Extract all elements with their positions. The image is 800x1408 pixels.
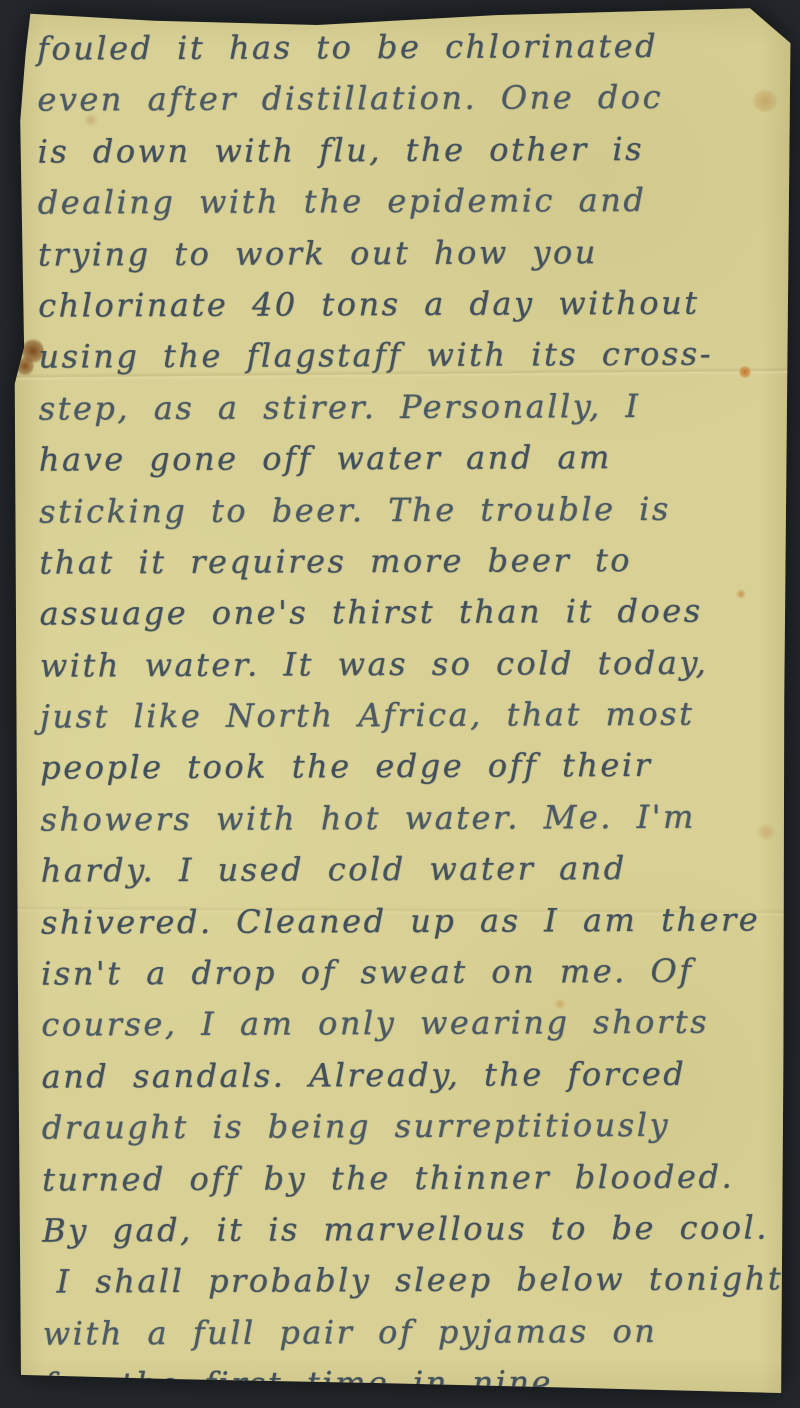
scan-background: fouled it has to be chlorinatedeven afte… bbox=[0, 0, 800, 1408]
letter-line: hardy. I used cold water and bbox=[41, 843, 767, 898]
letter-line: By gad, it is marvellous to be cool. bbox=[42, 1202, 768, 1257]
letter-line: just like North Africa, that most bbox=[40, 688, 766, 743]
letter-line: trying to work out how you bbox=[38, 226, 764, 281]
stain-spot bbox=[16, 356, 34, 376]
letter-line: shivered. Cleaned up as I am there bbox=[41, 894, 767, 949]
letter-line: step, as a stirer. Personally, I bbox=[39, 380, 765, 435]
letter-body: fouled it has to be chlorinatedeven afte… bbox=[37, 20, 769, 1408]
letter-line: fouled it has to be chlorinated bbox=[37, 20, 763, 75]
letter-line: that it requires more beer to bbox=[39, 534, 765, 589]
letter-line: with water. It was so cold today, bbox=[40, 637, 766, 692]
letter-line: I shall probably sleep below tonight bbox=[42, 1254, 768, 1309]
letter-line: isn't a drop of sweat on me. Of bbox=[41, 945, 767, 1000]
letter-line: is down with flu, the other is bbox=[37, 123, 763, 178]
letter-line: assuage one's thirst than it does bbox=[39, 586, 765, 641]
letter-page: fouled it has to be chlorinatedeven afte… bbox=[14, 4, 792, 1400]
letter-line: chlorinate 40 tons a day without bbox=[38, 277, 764, 332]
letter-line: with a full pair of pyjamas on bbox=[43, 1305, 769, 1360]
letter-line: even after distillation. One doc bbox=[37, 72, 763, 127]
letter-line: draught is being surreptitiously bbox=[42, 1100, 768, 1155]
letter-line: and sandals. Already, the forced bbox=[41, 1048, 767, 1103]
letter-line: people took the edge off their bbox=[40, 740, 766, 795]
letter-line: turned off by the thinner blooded. bbox=[42, 1151, 768, 1206]
letter-line: sticking to beer. The trouble is bbox=[39, 483, 765, 538]
letter-line: have gone off water and am bbox=[39, 432, 765, 487]
letter-line: dealing with the epidemic and bbox=[38, 175, 764, 230]
letter-line: for the first time in nine bbox=[43, 1357, 769, 1408]
letter-paper: fouled it has to be chlorinatedeven afte… bbox=[14, 4, 792, 1400]
letter-line: course, I am only wearing shorts bbox=[41, 997, 767, 1052]
letter-line: showers with hot water. Me. I'm bbox=[40, 791, 766, 846]
letter-line: using the flagstaff with its cross- bbox=[38, 329, 764, 384]
